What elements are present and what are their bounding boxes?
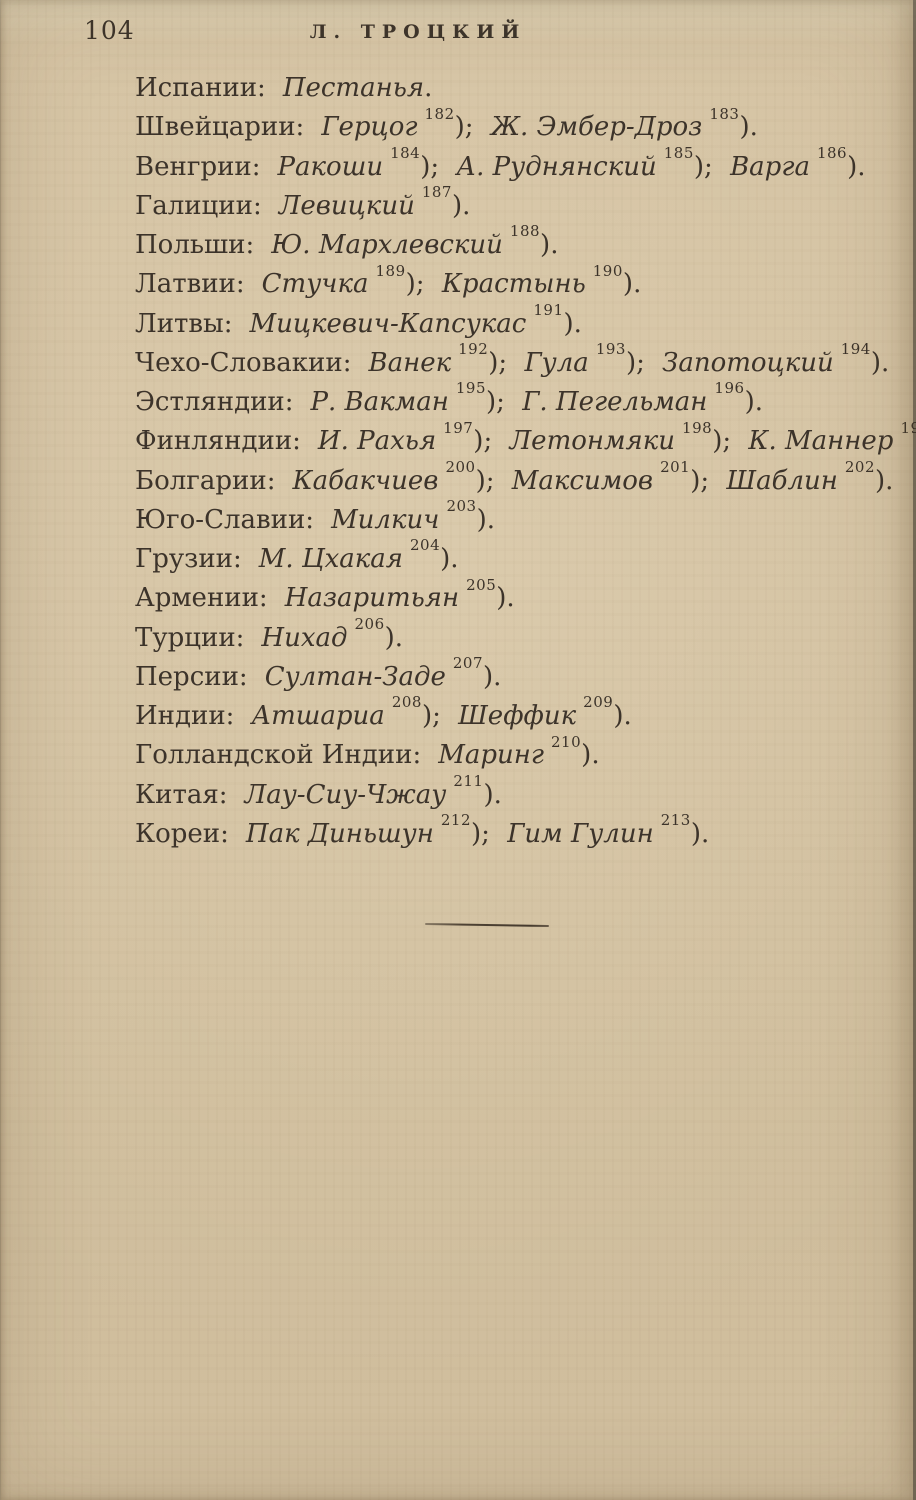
footnote-ref: 186 xyxy=(817,144,847,162)
country-label: Турции: xyxy=(135,623,244,653)
country-label: Армении: xyxy=(135,583,268,613)
footnote-ref: 198 xyxy=(682,419,712,437)
punctuation: ; xyxy=(430,152,447,182)
country-label: Венгрии: xyxy=(135,152,261,182)
country-label: Чехо-Словакии: xyxy=(135,348,351,378)
punctuation: . xyxy=(574,309,582,339)
punctuation: ; xyxy=(481,819,498,849)
persons: Ванек192); Гула193); Запотоцкий194). xyxy=(361,348,889,378)
footnote-ref: 206 xyxy=(354,615,384,633)
list-entry: Кореи:Пак Диньшун212); Гим Гулин213). xyxy=(135,811,898,850)
punctuation: . xyxy=(591,740,599,770)
person-name: Варга xyxy=(730,152,810,182)
person-name: Лау-Сиу-Чжау xyxy=(245,780,447,810)
person-name: Максимов xyxy=(512,466,653,496)
punctuation: . xyxy=(424,73,432,103)
persons: Ракоши184); А. Руднянский185); Варга186)… xyxy=(271,152,866,182)
list-entry: Испании:Пестанья. xyxy=(135,72,898,105)
country-label: Грузии: xyxy=(135,544,242,574)
punctuation: . xyxy=(701,819,709,849)
person-name: Нихад xyxy=(261,623,347,653)
punctuation: . xyxy=(857,152,865,182)
footnote-close-paren: ) xyxy=(739,112,749,142)
list-entry: Галиции:Левицкий187). xyxy=(135,183,898,222)
punctuation: ; xyxy=(700,466,717,496)
footnote-close-paren: ) xyxy=(420,152,430,182)
footnote-close-paren: ) xyxy=(712,426,722,456)
persons: Нихад206). xyxy=(254,623,403,653)
punctuation: . xyxy=(623,701,631,731)
person-name: Пестанья xyxy=(283,73,424,103)
punctuation: ; xyxy=(486,466,503,496)
footnote-close-paren: ) xyxy=(385,623,395,653)
footnote-ref: 203 xyxy=(446,497,476,515)
persons: Герцог182); Ж. Эмбер-Дроз183). xyxy=(314,112,758,142)
footnote-ref: 201 xyxy=(660,458,690,476)
footnote-close-paren: ) xyxy=(473,426,483,456)
footnote-ref: 208 xyxy=(392,693,422,711)
persons: Маринг210). xyxy=(431,740,599,770)
punctuation: ; xyxy=(496,387,513,417)
persons: И. Рахья197); Летонмяки198); К. Маннер19… xyxy=(311,426,916,456)
footnote-divider-rule xyxy=(425,923,549,927)
punctuation: . xyxy=(633,269,641,299)
country-label: Юго-Славии: xyxy=(135,505,314,535)
footnote-ref: 189 xyxy=(375,262,405,280)
person-name: Левицкий xyxy=(279,191,415,221)
footnote-close-paren: ) xyxy=(540,230,550,260)
country-label: Эстляндии: xyxy=(135,387,294,417)
footnote-ref: 213 xyxy=(661,811,691,829)
punctuation: ; xyxy=(722,426,739,456)
footnote-close-paren: ) xyxy=(483,780,493,810)
person-name: Г. Пегельман xyxy=(522,387,707,417)
person-name: А. Руднянский xyxy=(456,152,656,182)
list-entry: Латвии:Стучка189); Крастынь190). xyxy=(135,262,898,301)
punctuation: . xyxy=(494,780,502,810)
person-name: К. Маннер xyxy=(748,426,893,456)
persons: Назаритьян205). xyxy=(278,583,515,613)
list-entry: Китая:Лау-Сиу-Чжау211). xyxy=(135,772,898,811)
footnote-close-paren: ) xyxy=(476,466,486,496)
footnote-ref: 193 xyxy=(596,340,626,358)
persons: Пак Диньшун212); Гим Гулин213). xyxy=(239,819,709,849)
persons: М. Цхакая204). xyxy=(252,544,459,574)
person-name: Маринг xyxy=(438,740,544,770)
person-name: Мицкевич-Капсукас xyxy=(250,309,527,339)
persons: Левицкий187). xyxy=(272,191,471,221)
person-name: Пак Диньшун xyxy=(246,819,434,849)
footnote-ref: 187 xyxy=(422,183,452,201)
footnote-close-paren: ) xyxy=(875,466,885,496)
footnote-close-paren: ) xyxy=(626,348,636,378)
punctuation: . xyxy=(487,505,495,535)
delegates-list: Испании:Пестанья. Швейцарии:Герцог182); … xyxy=(135,72,898,850)
list-entry: Голландской Индии:Маринг210). xyxy=(135,733,898,772)
list-entry: Эстляндии:Р. Вакман195); Г. Пегельман196… xyxy=(135,379,898,418)
persons: Султан-Заде207). xyxy=(258,662,502,692)
footnote-close-paren: ) xyxy=(496,583,506,613)
persons: Стучка189); Крастынь190). xyxy=(255,269,642,299)
footnote-close-paren: ) xyxy=(486,387,496,417)
footnote-close-paren: ) xyxy=(564,309,574,339)
punctuation: . xyxy=(450,544,458,574)
list-entry: Грузии:М. Цхакая204). xyxy=(135,536,898,575)
country-label: Литвы: xyxy=(135,309,233,339)
country-label: Швейцарии: xyxy=(135,112,304,142)
footnote-close-paren: ) xyxy=(623,269,633,299)
footnote-ref: 210 xyxy=(551,733,581,751)
list-entry: Армении:Назаритьян205). xyxy=(135,576,898,615)
scanned-page: 104 Л. ТРОЦКИЙ Испании:Пестанья. Швейцар… xyxy=(0,0,916,1500)
footnote-ref: 200 xyxy=(445,458,475,476)
persons: Ю. Мархлевский188). xyxy=(264,230,558,260)
person-name: Шаблин xyxy=(726,466,837,496)
list-entry: Турции:Нихад206). xyxy=(135,615,898,654)
punctuation: . xyxy=(550,230,558,260)
country-label: Персии: xyxy=(135,662,248,692)
footnote-ref: 188 xyxy=(510,222,540,240)
footnote-close-paren: ) xyxy=(581,740,591,770)
person-name: Стучка xyxy=(262,269,369,299)
footnote-ref: 199 xyxy=(900,419,916,437)
footnote-close-paren: ) xyxy=(422,701,432,731)
footnote-close-paren: ) xyxy=(455,112,465,142)
punctuation: ; xyxy=(636,348,653,378)
person-name: Ракоши xyxy=(278,152,384,182)
footnote-ref: 185 xyxy=(664,144,694,162)
footnote-close-paren: ) xyxy=(471,819,481,849)
country-label: Голландской Индии: xyxy=(135,740,421,770)
punctuation: ; xyxy=(483,426,500,456)
person-name: Ванек xyxy=(368,348,451,378)
person-name: Гим Гулин xyxy=(507,819,654,849)
footnote-ref: 205 xyxy=(466,576,496,594)
footnote-close-paren: ) xyxy=(406,269,416,299)
country-label: Индии: xyxy=(135,701,234,731)
footnote-close-paren: ) xyxy=(690,466,700,496)
persons: Р. Вакман195); Г. Пегельман196). xyxy=(304,387,763,417)
footnote-ref: 183 xyxy=(709,105,739,123)
footnote-close-paren: ) xyxy=(452,191,462,221)
footnote-ref: 211 xyxy=(453,772,483,790)
person-name: Шеффик xyxy=(458,701,576,731)
footnote-ref: 202 xyxy=(845,458,875,476)
punctuation: . xyxy=(750,112,758,142)
punctuation: ; xyxy=(498,348,515,378)
footnote-ref: 195 xyxy=(456,379,486,397)
country-label: Латвии: xyxy=(135,269,245,299)
country-label: Польши: xyxy=(135,230,254,260)
list-entry: Индии:Атшариа208); Шеффик209). xyxy=(135,693,898,732)
country-label: Финляндии: xyxy=(135,426,301,456)
list-entry: Швейцарии:Герцог182); Ж. Эмбер-Дроз183). xyxy=(135,105,898,144)
footnote-ref: 196 xyxy=(714,379,744,397)
footnote-close-paren: ) xyxy=(488,348,498,378)
person-name: Назаритьян xyxy=(285,583,459,613)
footnote-close-paren: ) xyxy=(477,505,487,535)
punctuation: . xyxy=(755,387,763,417)
footnote-close-paren: ) xyxy=(691,819,701,849)
footnote-ref: 184 xyxy=(390,144,420,162)
person-name: Ю. Мархлевский xyxy=(271,230,503,260)
punctuation: . xyxy=(881,348,889,378)
person-name: Милкич xyxy=(331,505,439,535)
person-name: Гула xyxy=(524,348,588,378)
list-entry: Болгарии:Кабакчиев200); Максимов201); Ша… xyxy=(135,458,898,497)
punctuation: . xyxy=(506,583,514,613)
list-entry: Литвы:Мицкевич-Капсукас191). xyxy=(135,301,898,340)
person-name: И. Рахья xyxy=(318,426,436,456)
list-entry: Персии:Султан-Заде207). xyxy=(135,654,898,693)
person-name: Р. Вакман xyxy=(311,387,449,417)
footnote-close-paren: ) xyxy=(694,152,704,182)
running-title: Л. ТРОЦКИЙ xyxy=(310,21,527,43)
footnote-ref: 204 xyxy=(410,536,440,554)
footnote-ref: 194 xyxy=(841,340,871,358)
country-label: Галиции: xyxy=(135,191,262,221)
list-entry: Юго-Славии:Милкич203). xyxy=(135,497,898,536)
footnote-ref: 209 xyxy=(583,693,613,711)
persons: Мицкевич-Капсукас191). xyxy=(243,309,582,339)
footnote-close-paren: ) xyxy=(847,152,857,182)
person-name: Крастынь xyxy=(442,269,586,299)
footnote-close-paren: ) xyxy=(613,701,623,731)
punctuation: ; xyxy=(416,269,433,299)
footnote-close-paren: ) xyxy=(871,348,881,378)
punctuation: . xyxy=(885,466,893,496)
footnote-ref: 191 xyxy=(533,301,563,319)
persons: Лау-Сиу-Чжау211). xyxy=(238,780,502,810)
person-name: Атшариа xyxy=(251,701,384,731)
footnote-close-paren: ) xyxy=(483,662,493,692)
person-name: Герцог xyxy=(321,112,417,142)
person-name: Ж. Эмбер-Дроз xyxy=(491,112,703,142)
list-entry: Венгрии:Ракоши184); А. Руднянский185); В… xyxy=(135,144,898,183)
person-name: Летонмяки xyxy=(509,426,675,456)
footnote-ref: 212 xyxy=(441,811,471,829)
persons: Пестанья. xyxy=(276,73,433,103)
punctuation: . xyxy=(462,191,470,221)
footnote-ref: 192 xyxy=(458,340,488,358)
punctuation: ; xyxy=(465,112,482,142)
person-name: М. Цхакая xyxy=(259,544,403,574)
list-entry: Чехо-Словакии:Ванек192); Гула193); Запот… xyxy=(135,340,898,379)
persons: Атшариа208); Шеффик209). xyxy=(244,701,631,731)
punctuation: ; xyxy=(432,701,449,731)
country-label: Кореи: xyxy=(135,819,229,849)
punctuation: . xyxy=(395,623,403,653)
list-entry: Финляндии:И. Рахья197); Летонмяки198); К… xyxy=(135,419,898,458)
person-name: Запотоцкий xyxy=(662,348,834,378)
footnote-ref: 207 xyxy=(453,654,483,672)
footnote-ref: 197 xyxy=(443,419,473,437)
footnote-close-paren: ) xyxy=(745,387,755,417)
footnote-ref: 182 xyxy=(425,105,455,123)
country-label: Болгарии: xyxy=(135,466,275,496)
list-entry: Польши:Ю. Мархлевский188). xyxy=(135,222,898,261)
punctuation: ; xyxy=(704,152,721,182)
footnote-close-paren: ) xyxy=(440,544,450,574)
page-number: 104 xyxy=(84,16,135,45)
country-label: Китая: xyxy=(135,780,228,810)
person-name: Кабакчиев xyxy=(292,466,438,496)
punctuation: . xyxy=(493,662,501,692)
persons: Кабакчиев200); Максимов201); Шаблин202). xyxy=(285,466,893,496)
footnote-ref: 190 xyxy=(593,262,623,280)
country-label: Испании: xyxy=(135,73,266,103)
persons: Милкич203). xyxy=(324,505,495,535)
person-name: Султан-Заде xyxy=(265,662,446,692)
